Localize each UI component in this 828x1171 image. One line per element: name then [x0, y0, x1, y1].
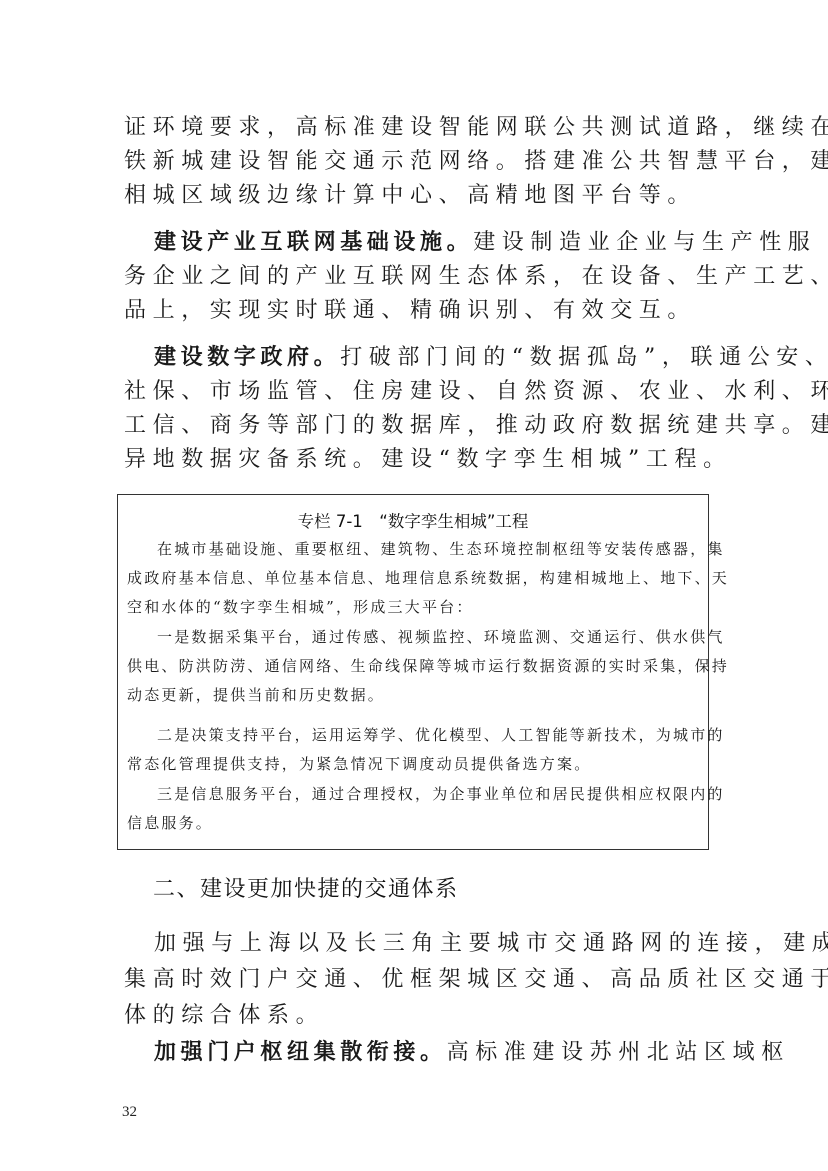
intro-line-2: 铁新城建设智能交通示范网络。搭建准公共智慧平台，建设 — [124, 147, 714, 177]
box-p4-line-2: 信息服务。 — [127, 812, 701, 834]
page-number: 32 — [122, 1104, 137, 1121]
intro-line-1: 证环境要求，高标准建设智能网联公共测试道路，继续在高 — [124, 113, 714, 143]
industrial-internet-line-1: 建设产业互联网基础设施。建设制造业企业与生产性服 — [154, 228, 714, 258]
digital-government-lead: 建设数字政府。 — [154, 345, 340, 370]
section-two-line-2: 集高时效门户交通、优框架城区交通、高品质社区交通于一 — [124, 965, 714, 995]
hub-paragraph-line-1: 加强门户枢纽集散衔接。高标准建设苏州北站区域枢 — [154, 1038, 714, 1068]
box-p2-line-2: 供电、防洪防涝、通信网络、生命线保障等城市运行数据资源的实时采集，保持 — [127, 655, 701, 677]
section-two-line-1: 加强与上海以及长三角主要城市交通路网的连接，建成 — [154, 929, 714, 959]
hub-paragraph-lead: 加强门户枢纽集散衔接。 — [154, 1040, 447, 1065]
digital-government-line-3: 工信、商务等部门的数据库，推动政府数据统建共享。建立 — [124, 411, 714, 441]
box-p3-line-1: 二是决策支持平台，运用运筹学、优化模型、人工智能等新技术，为城市的 — [157, 724, 701, 746]
industrial-internet-line-3: 品上，实现实时联通、精确识别、有效交互。 — [124, 296, 714, 326]
hub-paragraph-line1-text: 高标准建设苏州北站区域枢 — [447, 1040, 790, 1065]
digital-government-line-2: 社保、市场监管、住房建设、自然资源、农业、水利、环保、 — [124, 377, 714, 407]
digital-government-line1-text: 打破部门间的“数据孤岛”，联通公安、 — [340, 345, 828, 370]
industrial-internet-line-2: 务企业之间的产业互联网生态体系，在设备、生产工艺、产 — [124, 262, 714, 292]
box-p1-line-3: 空和水体的“数字孪生相城”，形成三大平台： — [127, 596, 701, 618]
document-page: 证环境要求，高标准建设智能网联公共测试道路，继续在高 铁新城建设智能交通示范网络… — [0, 0, 828, 1171]
digital-government-line-4: 异地数据灾备系统。建设“数字孪生相城”工程。 — [124, 445, 714, 475]
section-heading: 二、建设更加快捷的交通体系 — [153, 875, 459, 905]
industrial-internet-lead: 建设产业互联网基础设施。 — [154, 230, 473, 255]
box-p1-line-2: 成政府基本信息、单位基本信息、地理信息系统数据，构建相城地上、地下、天 — [127, 567, 701, 589]
digital-government-line-1: 建设数字政府。打破部门间的“数据孤岛”，联通公安、 — [154, 343, 714, 373]
box-p2-line-3: 动态更新，提供当前和历史数据。 — [127, 684, 701, 706]
box-p3-line-2: 常态化管理提供支持，为紧急情况下调度动员提供备选方案。 — [127, 753, 701, 775]
section-two-line-3: 体的综合体系。 — [124, 1001, 714, 1031]
box-p4-line-1: 三是信息服务平台，通过合理授权，为企事业单位和居民提供相应权限内的 — [157, 783, 701, 805]
box-p2-line-1: 一是数据采集平台，通过传感、视频监控、环境监测、交通运行、供水供气 — [157, 626, 701, 648]
box-p1-line-1: 在城市基础设施、重要枢纽、建筑物、生态环境控制枢纽等安装传感器，集 — [157, 538, 701, 560]
industrial-internet-line1-text: 建设制造业企业与生产性服 — [473, 230, 816, 255]
sidebar-box: 专栏 7-1 “数字孪生相城”工程 在城市基础设施、重要枢纽、建筑物、生态环境控… — [117, 494, 709, 850]
sidebar-box-title: 专栏 7-1 “数字孪生相城”工程 — [118, 511, 708, 533]
intro-line-3: 相城区域级边缘计算中心、高精地图平台等。 — [124, 181, 714, 211]
